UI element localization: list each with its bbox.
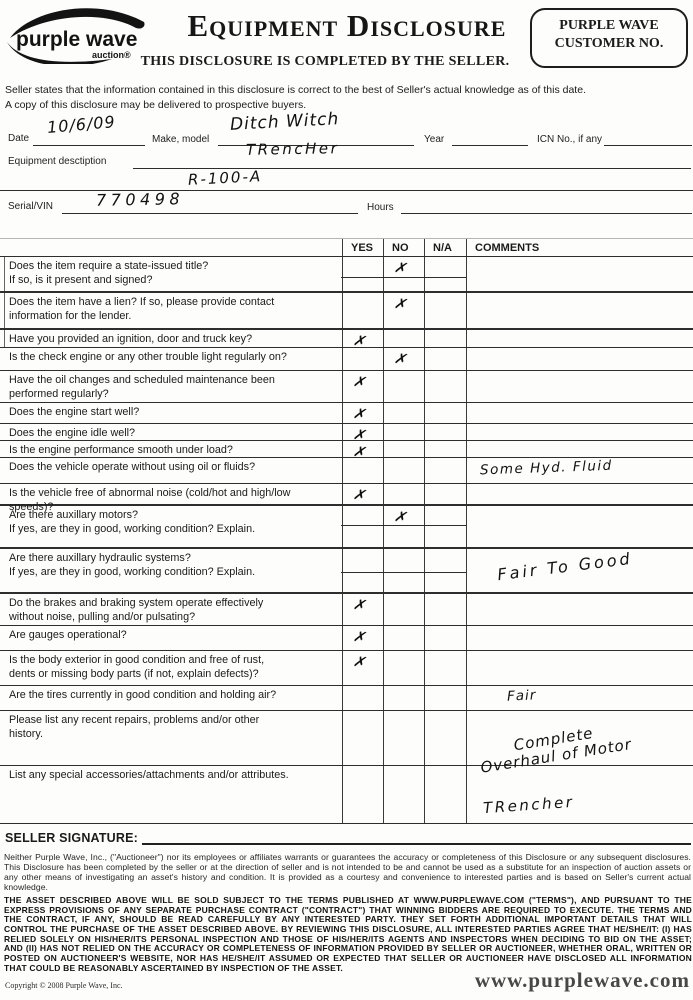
question-text: Does the item require a state-issued tit… <box>0 257 342 291</box>
yes-cell <box>342 711 383 765</box>
customer-box-line1: PURPLE WAVE <box>532 17 686 35</box>
na-cell <box>424 424 466 440</box>
hours-label: Hours <box>367 202 394 213</box>
comment-cell <box>466 484 693 504</box>
year-label: Year <box>424 134 444 145</box>
yes-cell: ✗ <box>342 441 383 457</box>
answer-split-line <box>423 525 466 526</box>
handwritten-x-mark: ✗ <box>351 627 370 646</box>
comment-cell <box>466 330 693 347</box>
no-cell: ✗ <box>383 348 424 370</box>
comment-cell <box>466 651 693 685</box>
question-row-16: Are the tires currently in good conditio… <box>0 686 693 711</box>
comment-cell: Fair <box>466 686 693 710</box>
question-text: Does the engine idle well? <box>0 424 342 440</box>
handwritten-x-mark: ✗ <box>351 404 370 423</box>
no-cell <box>383 330 424 347</box>
question-row-5: Have the oil changes and scheduled maint… <box>0 371 693 403</box>
comment-cell: Some Hyd. Fluid <box>466 458 693 483</box>
question-text: Does the engine start well? <box>0 403 342 423</box>
question-text: Is the engine performance smooth under l… <box>0 441 342 457</box>
logo-text: purple wave <box>16 28 137 51</box>
handwritten-x-mark: ✗ <box>392 349 411 368</box>
question-text: Are there auxillary motors? If yes, are … <box>0 506 342 547</box>
question-row-14: Are gauges operational?✗ <box>0 626 693 651</box>
question-row-8: Is the engine performance smooth under l… <box>0 441 693 458</box>
equipment-description-value-handwritten: TRencHer <box>246 139 340 159</box>
yes-cell <box>342 293 383 328</box>
na-cell <box>424 651 466 685</box>
yes-cell: ✗ <box>342 651 383 685</box>
na-cell <box>424 766 466 823</box>
question-row-11: Are there auxillary motors? If yes, are … <box>0 506 693 549</box>
no-cell <box>383 458 424 483</box>
answer-split-line <box>341 572 383 573</box>
year-line <box>452 131 528 146</box>
answer-split-line <box>341 525 383 526</box>
question-row-18: List any special accessories/attachments… <box>0 766 693 824</box>
no-cell <box>383 766 424 823</box>
yes-cell <box>342 257 383 291</box>
question-row-15: Is the body exterior in good condition a… <box>0 651 693 686</box>
question-text: Are the tires currently in good conditio… <box>0 686 342 710</box>
na-cell <box>424 257 466 291</box>
handwritten-comment: Some Hyd. Fluid <box>480 458 613 479</box>
comment-cell <box>466 506 693 547</box>
question-row-7: Does the engine idle well?✗ <box>0 424 693 441</box>
comment-cell <box>466 348 693 370</box>
equipment-description-line <box>133 154 691 169</box>
question-text: Are there auxillary hydraulic systems? I… <box>0 549 342 592</box>
na-cell <box>424 549 466 592</box>
no-cell: ✗ <box>383 506 424 547</box>
question-text: Please list any recent repairs, problems… <box>0 711 342 765</box>
question-text: List any special accessories/attachments… <box>0 766 342 823</box>
question-text: Does the item have a lien? If so, please… <box>0 293 342 328</box>
na-cell <box>424 330 466 347</box>
question-text: Is the body exterior in good condition a… <box>0 651 342 685</box>
question-row-12: Are there auxillary hydraulic systems? I… <box>0 549 693 594</box>
comment-cell <box>466 594 693 625</box>
na-cell <box>424 686 466 710</box>
no-cell <box>383 711 424 765</box>
no-cell <box>383 441 424 457</box>
handwritten-x-mark: ✗ <box>392 258 411 277</box>
na-cell <box>424 506 466 547</box>
no-cell: ✗ <box>383 257 424 291</box>
page-footer: Copyright © 2008 Purple Wave, Inc. www.p… <box>5 968 690 993</box>
page-subtitle: THIS DISCLOSURE IS COMPLETED BY THE SELL… <box>105 54 545 70</box>
na-cell <box>424 348 466 370</box>
yes-cell <box>342 348 383 370</box>
no-cell <box>383 594 424 625</box>
icn-label: ICN No., if any <box>537 134 602 145</box>
handwritten-x-mark: ✗ <box>392 294 411 313</box>
question-text: Do the brakes and braking system operate… <box>0 594 342 625</box>
yes-cell: ✗ <box>342 371 383 402</box>
no-cell <box>383 424 424 440</box>
no-column-header: NO <box>383 239 424 256</box>
comment-cell: TRencher <box>466 766 693 823</box>
make-model-label: Make, model <box>152 134 209 145</box>
question-text: Is the vehicle free of abnormal noise (c… <box>0 484 342 504</box>
question-row-1: Does the item require a state-issued tit… <box>0 257 693 293</box>
handwritten-comment: Fair <box>507 687 537 705</box>
na-cell <box>424 711 466 765</box>
serial-vin-label: Serial/VIN <box>8 201 53 212</box>
handwritten-x-mark: ✗ <box>351 372 370 391</box>
question-row-2: Does the item have a lien? If so, please… <box>0 293 693 330</box>
comment-cell <box>466 626 693 650</box>
question-row-4: Is the check engine or any other trouble… <box>0 348 693 371</box>
handwritten-comment: TRencher <box>482 793 575 817</box>
yes-cell <box>342 458 383 483</box>
answer-split-line <box>423 277 466 278</box>
comment-cell: Fair To Good <box>466 549 693 592</box>
questions-table: YES NO N/A COMMENTS Does the item requir… <box>0 238 693 824</box>
question-text: Have you provided an ignition, door and … <box>0 330 342 347</box>
na-cell <box>424 293 466 328</box>
na-cell <box>424 441 466 457</box>
yes-cell <box>342 766 383 823</box>
yes-column-header: YES <box>342 239 383 256</box>
comment-cell <box>466 403 693 423</box>
question-text: Are gauges operational? <box>0 626 342 650</box>
no-cell <box>383 651 424 685</box>
question-column-header <box>0 239 342 256</box>
answer-split-line <box>423 572 466 573</box>
serial-vin-value-handwritten: 770498 <box>96 189 184 210</box>
comments-column-header: COMMENTS <box>466 239 693 256</box>
yes-cell: ✗ <box>342 594 383 625</box>
yes-cell <box>342 506 383 547</box>
yes-cell: ✗ <box>342 484 383 504</box>
no-cell: ✗ <box>383 293 424 328</box>
yes-cell <box>342 686 383 710</box>
no-cell <box>383 686 424 710</box>
yes-cell: ✗ <box>342 403 383 423</box>
page-title: Equipment Disclosure <box>158 8 536 44</box>
icn-line <box>604 131 692 146</box>
na-cell <box>424 484 466 504</box>
question-row-17: Please list any recent repairs, problems… <box>0 711 693 766</box>
comment-cell <box>466 257 693 291</box>
disclaimer-paragraph: Neither Purple Wave, Inc., ("Auctioneer"… <box>4 852 691 893</box>
na-cell <box>424 403 466 423</box>
copyright-text: Copyright © 2008 Purple Wave, Inc. <box>5 981 123 993</box>
handwritten-x-mark: ✗ <box>351 595 370 614</box>
customer-number-box: PURPLE WAVE CUSTOMER NO. <box>530 8 688 68</box>
table-header-row: YES NO N/A COMMENTS <box>0 239 693 257</box>
yes-cell: ✗ <box>342 626 383 650</box>
na-cell <box>424 371 466 402</box>
question-row-6: Does the engine start well?✗ <box>0 403 693 424</box>
question-row-13: Do the brakes and braking system operate… <box>0 594 693 626</box>
seller-signature-line <box>142 831 691 845</box>
answer-split-line <box>382 572 424 573</box>
seller-signature-row: SELLER SIGNATURE: <box>5 831 691 845</box>
comment-cell: Complete Overhaul of Motor <box>466 711 693 765</box>
yes-cell <box>342 549 383 592</box>
comment-cell <box>466 441 693 457</box>
question-text: Have the oil changes and scheduled maint… <box>0 371 342 402</box>
date-label: Date <box>8 133 29 144</box>
no-cell <box>383 549 424 592</box>
question-row-10: Is the vehicle free of abnormal noise (c… <box>0 484 693 506</box>
na-cell <box>424 594 466 625</box>
handwritten-x-mark: ✗ <box>392 507 411 526</box>
yes-cell: ✗ <box>342 330 383 347</box>
no-cell <box>383 626 424 650</box>
answer-split-line <box>341 277 383 278</box>
question-text: Does the vehicle operate without using o… <box>0 458 342 483</box>
terms-paragraph: THE ASSET DESCRIBED ABOVE WILL BE SOLD S… <box>4 896 692 974</box>
handwritten-x-mark: ✗ <box>351 652 370 671</box>
no-cell <box>383 371 424 402</box>
handwritten-x-mark: ✗ <box>351 485 370 504</box>
equipment-disclosure-form: purple wave auction® Equipment Disclosur… <box>0 0 693 1000</box>
equipment-description-line2 <box>0 176 693 191</box>
website-url: www.purplewave.com <box>475 968 690 993</box>
comment-cell <box>466 424 693 440</box>
equipment-description-label: Equipment desctiption <box>8 156 106 167</box>
intro-statement: Seller states that the information conta… <box>5 83 691 112</box>
na-cell <box>424 458 466 483</box>
question-text: Is the check engine or any other trouble… <box>0 348 342 370</box>
no-cell <box>383 403 424 423</box>
question-row-9: Does the vehicle operate without using o… <box>0 458 693 484</box>
question-row-3: Have you provided an ignition, door and … <box>0 330 693 348</box>
comment-cell <box>466 371 693 402</box>
comment-cell <box>466 293 693 328</box>
no-cell <box>383 484 424 504</box>
handwritten-comment: Fair To Good <box>496 549 633 584</box>
na-cell <box>424 626 466 650</box>
yes-cell: ✗ <box>342 424 383 440</box>
na-column-header: N/A <box>424 239 466 256</box>
seller-signature-label: SELLER SIGNATURE: <box>5 831 138 845</box>
customer-box-line2: CUSTOMER NO. <box>532 35 686 53</box>
hours-line <box>401 199 692 214</box>
